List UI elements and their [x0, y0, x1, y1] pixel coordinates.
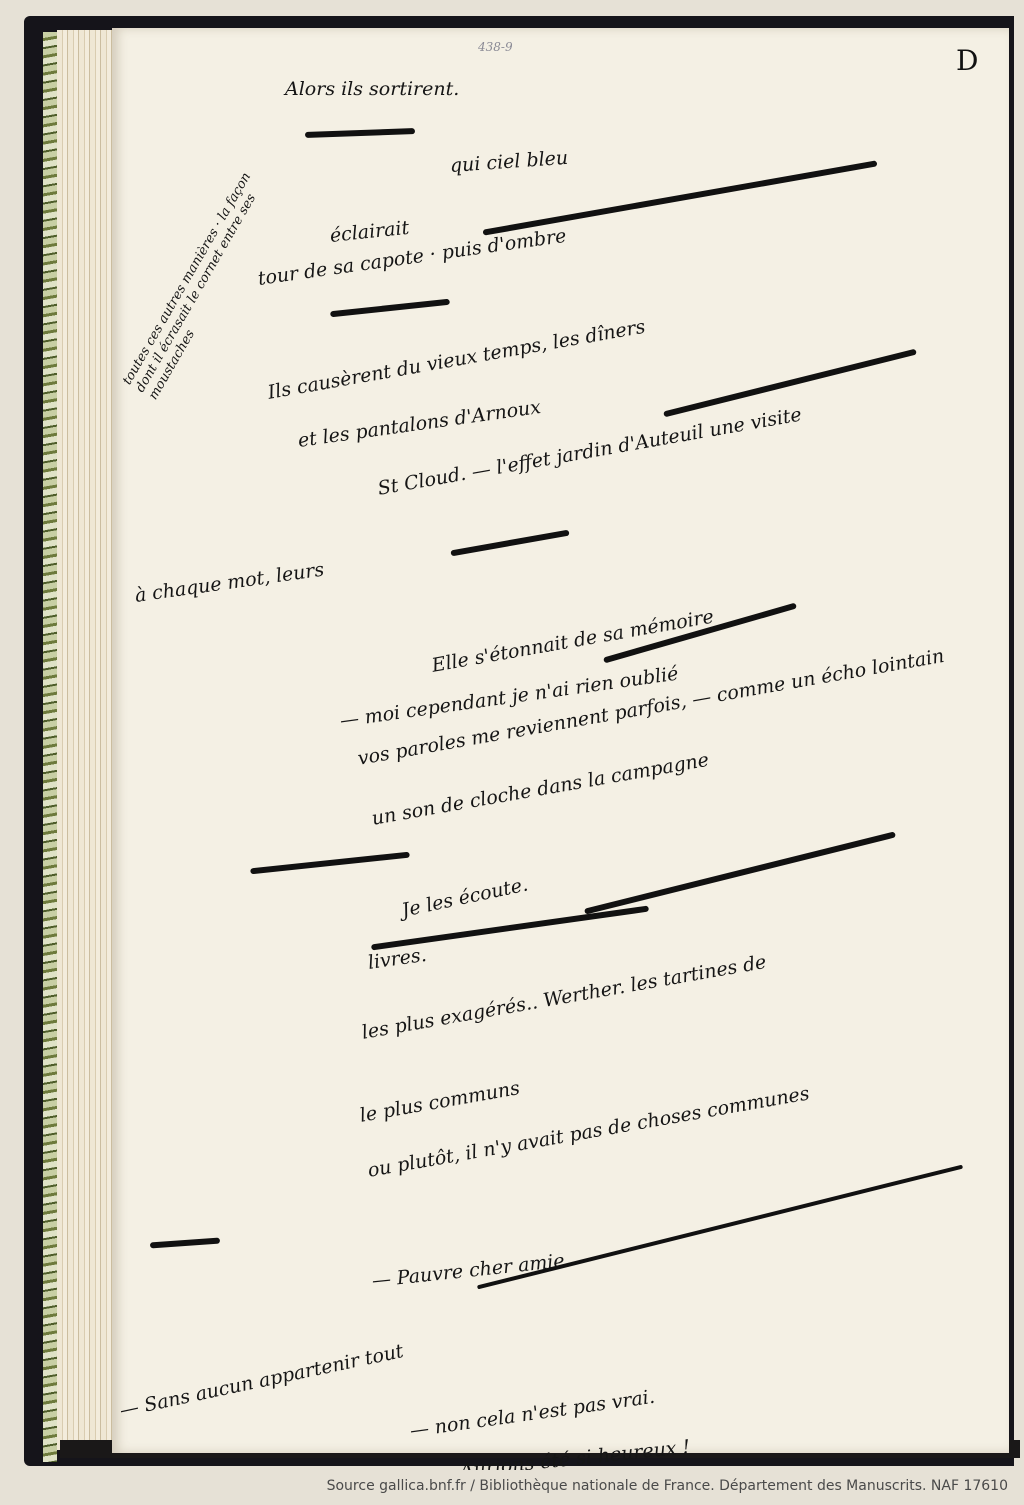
folio-number: 438-9: [478, 40, 513, 54]
marbled-endpaper: [43, 32, 57, 1462]
source-credit: Source gallica.bnf.fr / Bibliothèque nat…: [327, 1478, 1008, 1494]
page-letter: D: [956, 44, 978, 77]
page-edges: [57, 30, 117, 1450]
source-footer: Source gallica.bnf.fr / Bibliothèque nat…: [0, 1470, 1024, 1505]
handwritten-line: Alors ils sortirent.: [285, 78, 459, 100]
